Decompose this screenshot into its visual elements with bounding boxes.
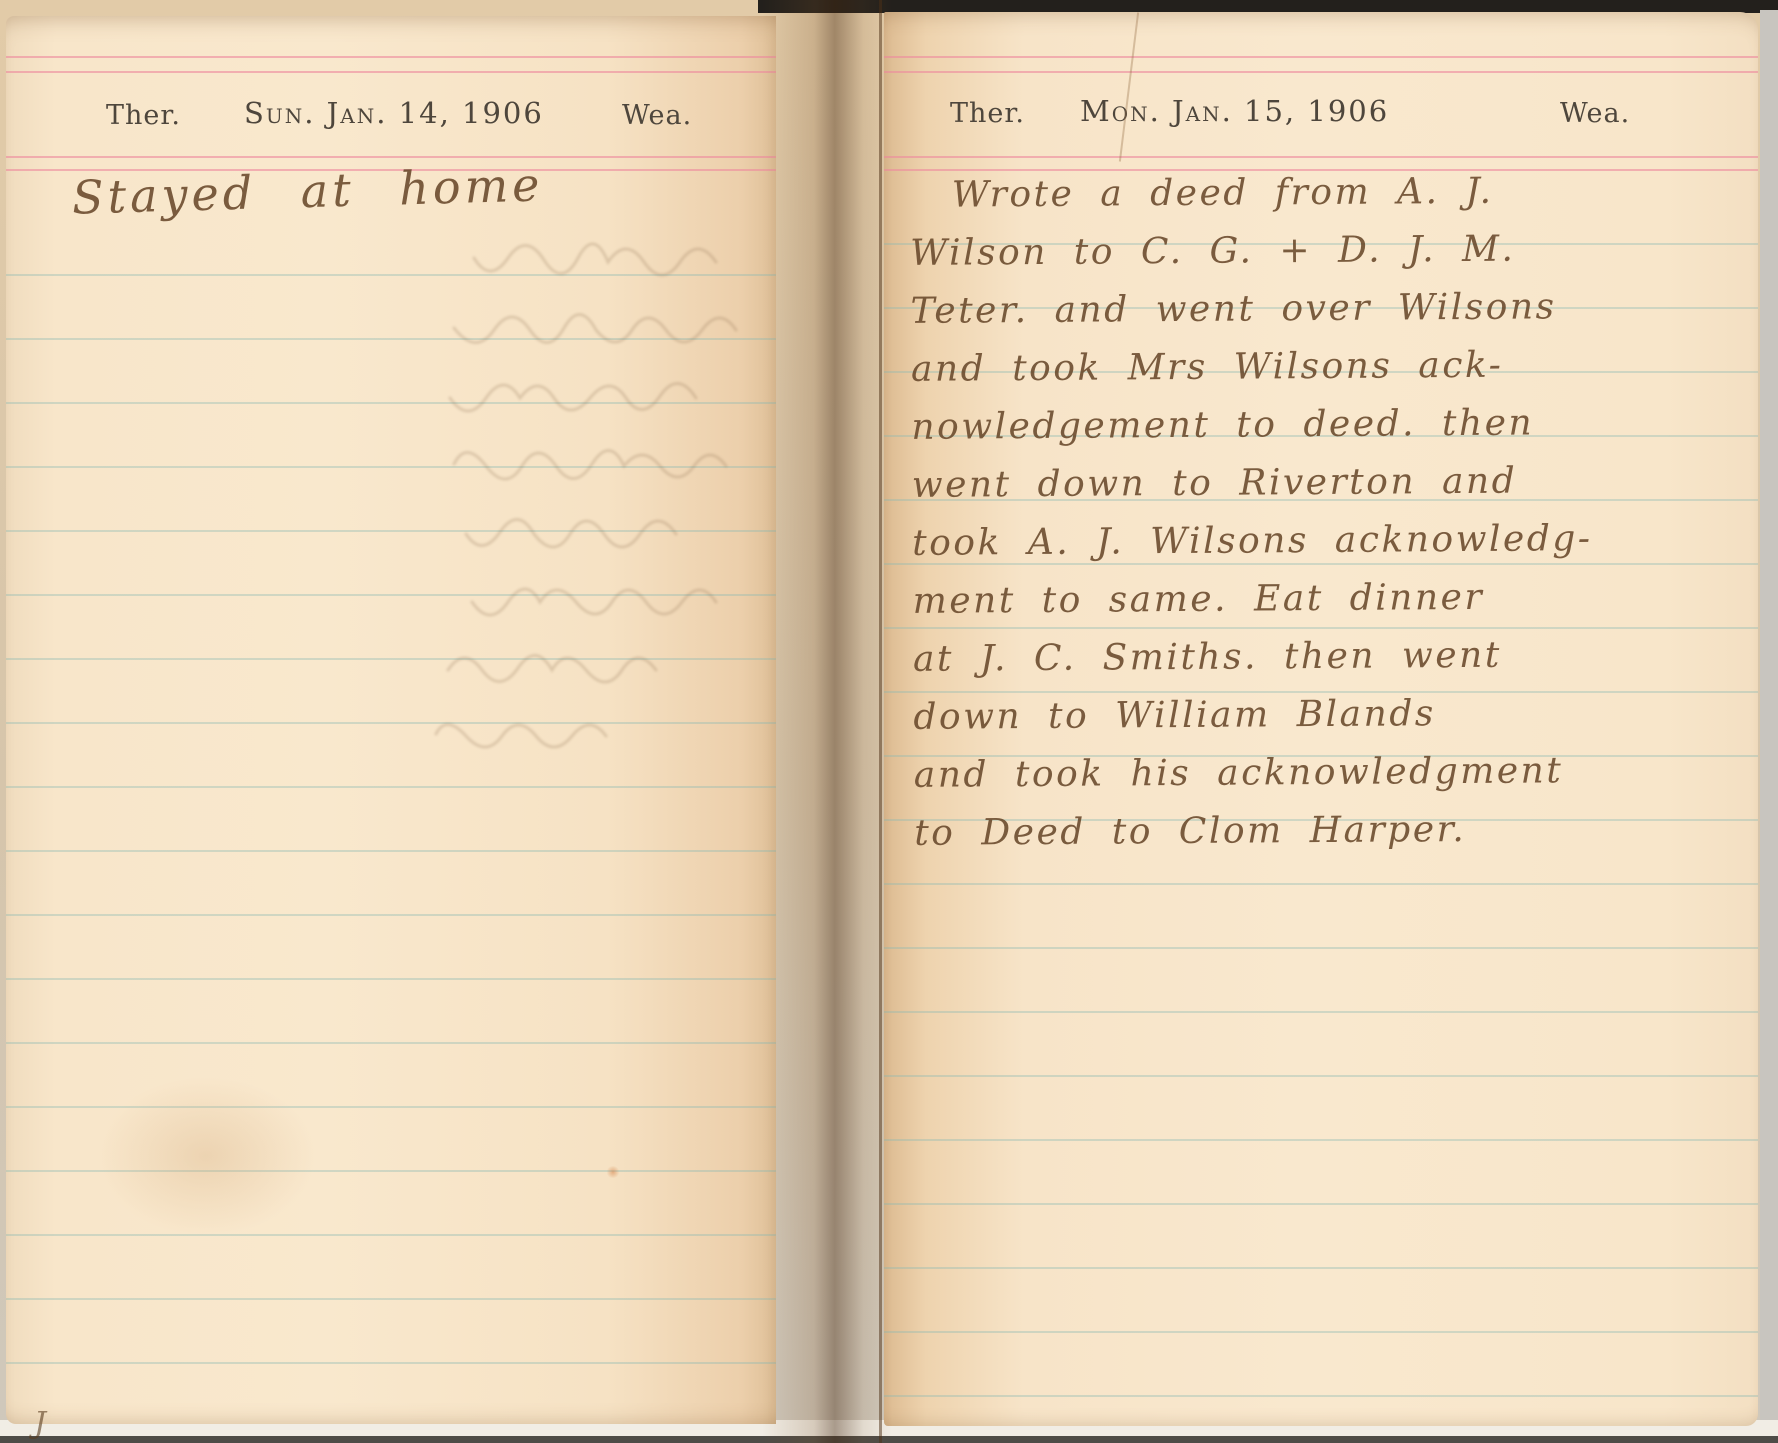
diary-entry-line: Wilson to C. G. + D. J. M. bbox=[910, 219, 1726, 283]
scan-background-right bbox=[1760, 10, 1778, 1443]
diary-entry-line: ment to same. Eat dinner bbox=[912, 567, 1728, 631]
diary-entry-line: Teter. and went over Wilsons bbox=[910, 277, 1726, 341]
scan-background-bottom bbox=[0, 1436, 1778, 1443]
right-page: Ther. Mon. Jan. 15, 1906 Wea. Wrote a de… bbox=[884, 12, 1758, 1426]
diary-entry-line: nowledgement to deed. then bbox=[911, 393, 1727, 457]
diary-entry-line: and took Mrs Wilsons ack- bbox=[911, 335, 1727, 399]
wea-label: Wea. bbox=[1560, 98, 1630, 129]
pink-rule bbox=[884, 156, 1758, 158]
diary-entry-line: to Deed to Clom Harper. bbox=[914, 799, 1730, 863]
left-page: Ther. Sun. Jan. 14, 1906 Wea. Stayed at … bbox=[6, 16, 776, 1424]
pink-rule bbox=[884, 71, 1758, 73]
diary-entry-line: and took his acknowledgment bbox=[914, 741, 1730, 805]
ink-bleedthrough bbox=[136, 212, 756, 772]
book-gutter-shadow bbox=[762, 0, 892, 1443]
diary-scan: Ther. Sun. Jan. 14, 1906 Wea. Stayed at … bbox=[0, 0, 1778, 1443]
pink-rule bbox=[6, 71, 776, 73]
page-date: Sun. Jan. 14, 1906 bbox=[244, 96, 544, 130]
diary-entry: Wrote a deed from A. J. Wilson to C. G. … bbox=[910, 161, 1731, 863]
book-gutter-crease bbox=[879, 0, 882, 1443]
diary-entry-line: down to William Blands bbox=[913, 683, 1729, 747]
diary-entry-line: at J. C. Smiths. then went bbox=[913, 625, 1729, 689]
diary-entry-line: Stayed at home bbox=[71, 157, 544, 224]
paper-stain bbox=[96, 1076, 316, 1236]
diary-entry-line: Wrote a deed from A. J. bbox=[910, 161, 1726, 225]
wea-label: Wea. bbox=[622, 100, 692, 131]
corner-mark: J bbox=[34, 1406, 46, 1441]
pink-rule bbox=[884, 56, 1758, 58]
ther-label: Ther. bbox=[106, 100, 181, 131]
blue-ruling bbox=[6, 212, 776, 1408]
diary-entry-line: took A. J. Wilsons acknowledg- bbox=[912, 509, 1728, 573]
ther-label: Ther. bbox=[950, 98, 1025, 129]
pink-rule bbox=[6, 156, 776, 158]
pink-rule bbox=[6, 56, 776, 58]
diary-entry-line: went down to Riverton and bbox=[912, 451, 1728, 515]
paper-stain bbox=[606, 1166, 620, 1178]
